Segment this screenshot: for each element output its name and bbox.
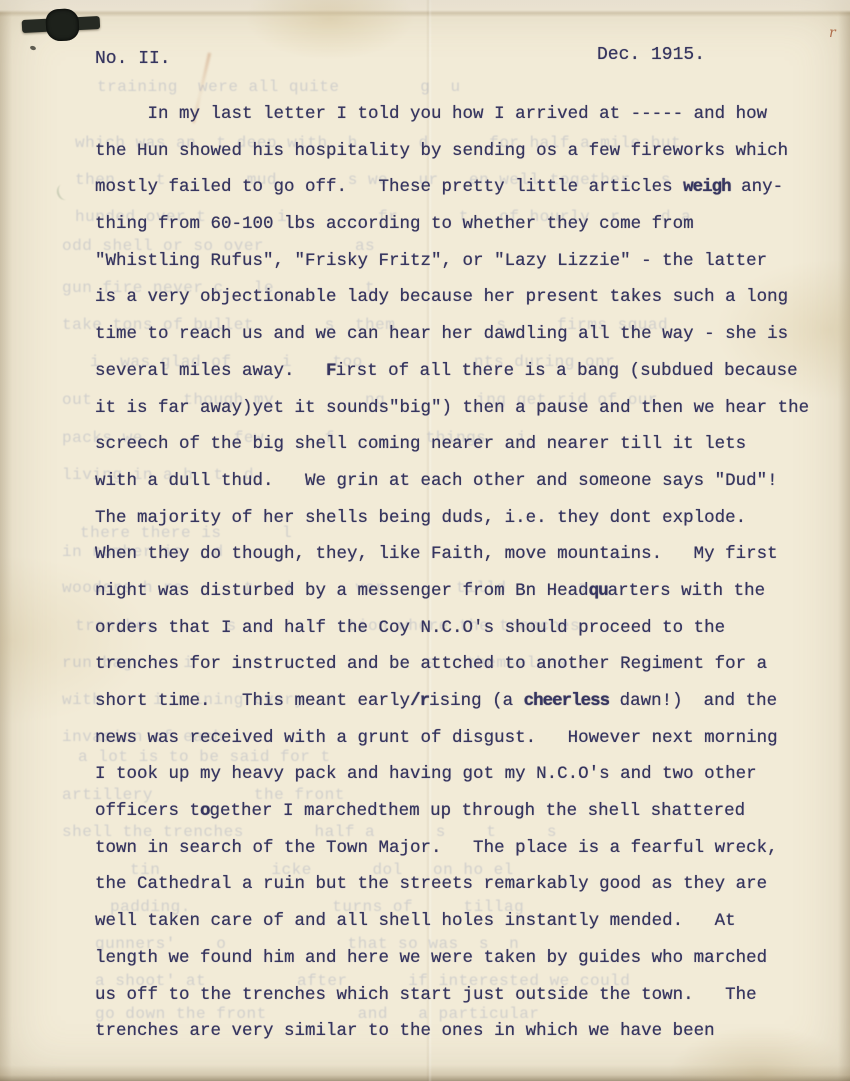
- letter-text-segment: well taken care of and all shell holes i…: [95, 911, 736, 931]
- letter-text-segment: officers t: [95, 801, 200, 821]
- letter-text-segment: trenches for instructed and be attched t…: [95, 654, 767, 674]
- letter-text-segment: In my last letter I told you how I arriv…: [95, 104, 767, 124]
- letter-text-segment: several miles away.: [95, 361, 326, 381]
- letter-line: mostly failed to go off. These pretty li…: [95, 169, 809, 206]
- letter-text-segment: mostly failed to go off. These pretty li…: [95, 177, 683, 197]
- letter-text-segment: thing from 60-100 lbs according to wheth…: [95, 214, 694, 234]
- letter-text-segment: the Cathedral a ruin but the streets rem…: [95, 874, 767, 894]
- letter-text-segment: cheerless: [524, 691, 610, 711]
- letter-text-segment: the Hun showed his hospitality by sendin…: [95, 141, 788, 161]
- letter-text-segment: town in search of the Town Major. The pl…: [95, 838, 778, 858]
- letter-body: In my last letter I told you how I arriv…: [95, 96, 809, 1050]
- letter-line: trenches are very similar to the ones in…: [95, 1013, 809, 1050]
- ink-speck: [29, 45, 36, 51]
- letter-text-segment: length we found him and here we were tak…: [95, 948, 767, 968]
- letter-text-segment: night was disturbed by a messenger from …: [95, 581, 589, 601]
- letter-text-segment: us off to the trenches which start just …: [95, 985, 757, 1005]
- letter-text-segment: it is far away)yet it sounds"big") then …: [95, 398, 809, 418]
- letter-date: Dec. 1915.: [597, 45, 705, 65]
- corner-ink-mark: r: [829, 25, 836, 41]
- letter-line: officers together I marchedthem up throu…: [95, 793, 809, 830]
- letter-line: is a very objectionable lady because her…: [95, 279, 809, 316]
- letter-text-segment: arters with the: [608, 581, 766, 601]
- letter-text-segment: irst of all there is a bang (subdued bec…: [336, 361, 798, 381]
- letter-line: well taken care of and all shell holes i…: [95, 903, 809, 940]
- letter-text-segment: gether I marchedthem up through the shel…: [210, 801, 746, 821]
- letter-text-segment: /r: [410, 691, 429, 711]
- letter-text-segment: any-: [731, 177, 784, 197]
- letter-text-segment: with a dull thud. We grin at each other …: [95, 471, 778, 491]
- letter-text-segment: ising (a: [429, 691, 524, 711]
- letter-text-segment: screech of the big shell coming nearer a…: [95, 434, 746, 454]
- letter-text-segment: o: [200, 801, 210, 821]
- letter-line: thing from 60-100 lbs according to wheth…: [95, 206, 809, 243]
- letter-line: I took up my heavy pack and having got m…: [95, 756, 809, 793]
- letter-text-segment: news was received with a grunt of disgus…: [95, 728, 778, 748]
- paper-fastener-icon: [21, 6, 101, 46]
- letter-text-segment: When they do though, they, like Faith, m…: [95, 544, 778, 564]
- letter-line: In my last letter I told you how I arriv…: [95, 96, 809, 133]
- letter-line: time to reach us and we can hear her daw…: [95, 316, 809, 353]
- letter-text-segment: time to reach us and we can hear her daw…: [95, 324, 788, 344]
- letter-line: screech of the big shell coming nearer a…: [95, 426, 809, 463]
- fastener-head: [45, 8, 80, 42]
- letter-line: night was disturbed by a messenger from …: [95, 573, 809, 610]
- letter-text-segment: weigh: [683, 177, 731, 197]
- letter-line: the Cathedral a ruin but the streets rem…: [95, 866, 809, 903]
- letter-line: news was received with a grunt of disgus…: [95, 720, 809, 757]
- letter-number: No. II.: [95, 49, 171, 69]
- letter-line: several miles away. First of all there i…: [95, 353, 809, 390]
- letter-line: "Whistling Rufus", "Frisky Fritz", or "L…: [95, 243, 809, 280]
- letter-line: the Hun showed his hospitality by sendin…: [95, 133, 809, 170]
- letter-text-segment: The majority of her shells being duds, i…: [95, 508, 746, 528]
- letter-line: trenches for instructed and be attched t…: [95, 646, 809, 683]
- letter-line: short time. This meant early/rising (a c…: [95, 683, 809, 720]
- letter-text-segment: orders that I and half the Coy N.C.O's s…: [95, 618, 725, 638]
- letter-line: with a dull thud. We grin at each other …: [95, 463, 809, 500]
- letter-text-segment: dawn!) and the: [609, 691, 777, 711]
- letter-line: When they do though, they, like Faith, m…: [95, 536, 809, 573]
- letter-line: length we found him and here we were tak…: [95, 940, 809, 977]
- letter-line: orders that I and half the Coy N.C.O's s…: [95, 610, 809, 647]
- letter-page: r No. II. Dec. 1915. training were all q…: [0, 0, 850, 1081]
- letter-line: The majority of her shells being duds, i…: [95, 500, 809, 537]
- bleedthrough-text: training were all quite g u: [97, 78, 461, 96]
- letter-text-segment: qu: [589, 581, 608, 601]
- letter-text-segment: short time. This meant early: [95, 691, 410, 711]
- letter-text-segment: "Whistling Rufus", "Frisky Fritz", or "L…: [95, 251, 767, 271]
- margin-pencil-mark: [55, 182, 73, 202]
- letter-line: town in search of the Town Major. The pl…: [95, 830, 809, 867]
- letter-line: us off to the trenches which start just …: [95, 977, 809, 1014]
- letter-text-segment: I took up my heavy pack and having got m…: [95, 764, 757, 784]
- letter-line: it is far away)yet it sounds"big") then …: [95, 390, 809, 427]
- letter-text-segment: trenches are very similar to the ones in…: [95, 1021, 715, 1041]
- letter-text-segment: is a very objectionable lady because her…: [95, 287, 788, 307]
- letter-text-segment: F: [326, 361, 336, 381]
